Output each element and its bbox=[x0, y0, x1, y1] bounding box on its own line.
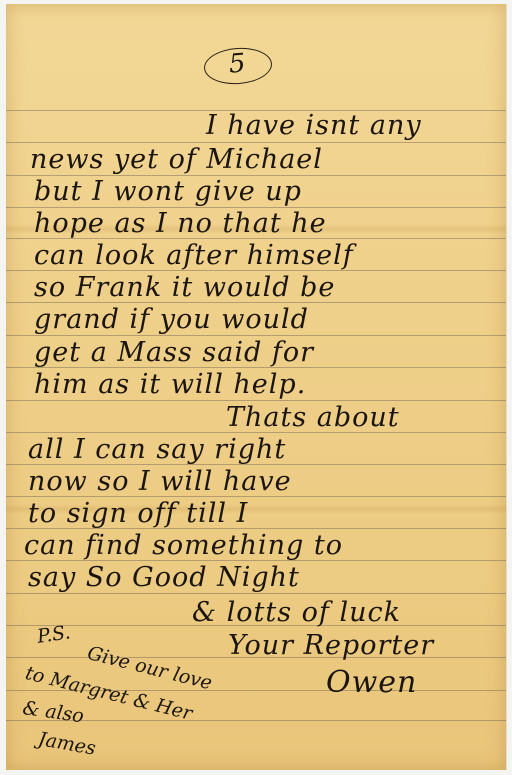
letter-line: can look after himself bbox=[34, 242, 354, 269]
letter-signature: Owen bbox=[326, 668, 417, 698]
letter-line: & lotts of luck bbox=[192, 599, 401, 626]
ruled-line bbox=[6, 335, 506, 336]
letter-line: but I wont give up bbox=[34, 178, 302, 205]
letter-line: hope as I no that he bbox=[34, 210, 327, 237]
letter-line: now so I will have bbox=[28, 468, 292, 495]
letter-line: so Frank it would be bbox=[34, 274, 335, 301]
postscript-label: P.S. bbox=[36, 623, 72, 646]
letter-line: all I can say right bbox=[28, 436, 286, 463]
letter-line: to sign off till I bbox=[28, 500, 248, 527]
ruled-line bbox=[6, 400, 506, 401]
postscript-line: & also bbox=[21, 699, 85, 726]
postscript-line: James bbox=[37, 730, 97, 759]
page-number-circle: 5 bbox=[203, 46, 273, 87]
letter-line: him as it will help. bbox=[34, 371, 306, 398]
letter-line: news yet of Michael bbox=[30, 146, 323, 173]
page-number: 5 bbox=[228, 49, 247, 80]
letter-line: I have isnt any bbox=[206, 112, 422, 139]
ruled-line bbox=[6, 142, 506, 143]
ruled-line bbox=[6, 593, 506, 594]
letter-line: get a Mass said for bbox=[34, 339, 314, 366]
letter-line: can find something to bbox=[24, 532, 343, 559]
letter-line: say So Good Night bbox=[28, 564, 300, 591]
letter-line: grand if you would bbox=[34, 306, 309, 333]
letter-line: Thats about bbox=[226, 404, 400, 431]
letter-closing: Your Reporter bbox=[228, 632, 434, 659]
letter-page: 5 I have isnt any news yet of Michael bu… bbox=[6, 4, 507, 770]
